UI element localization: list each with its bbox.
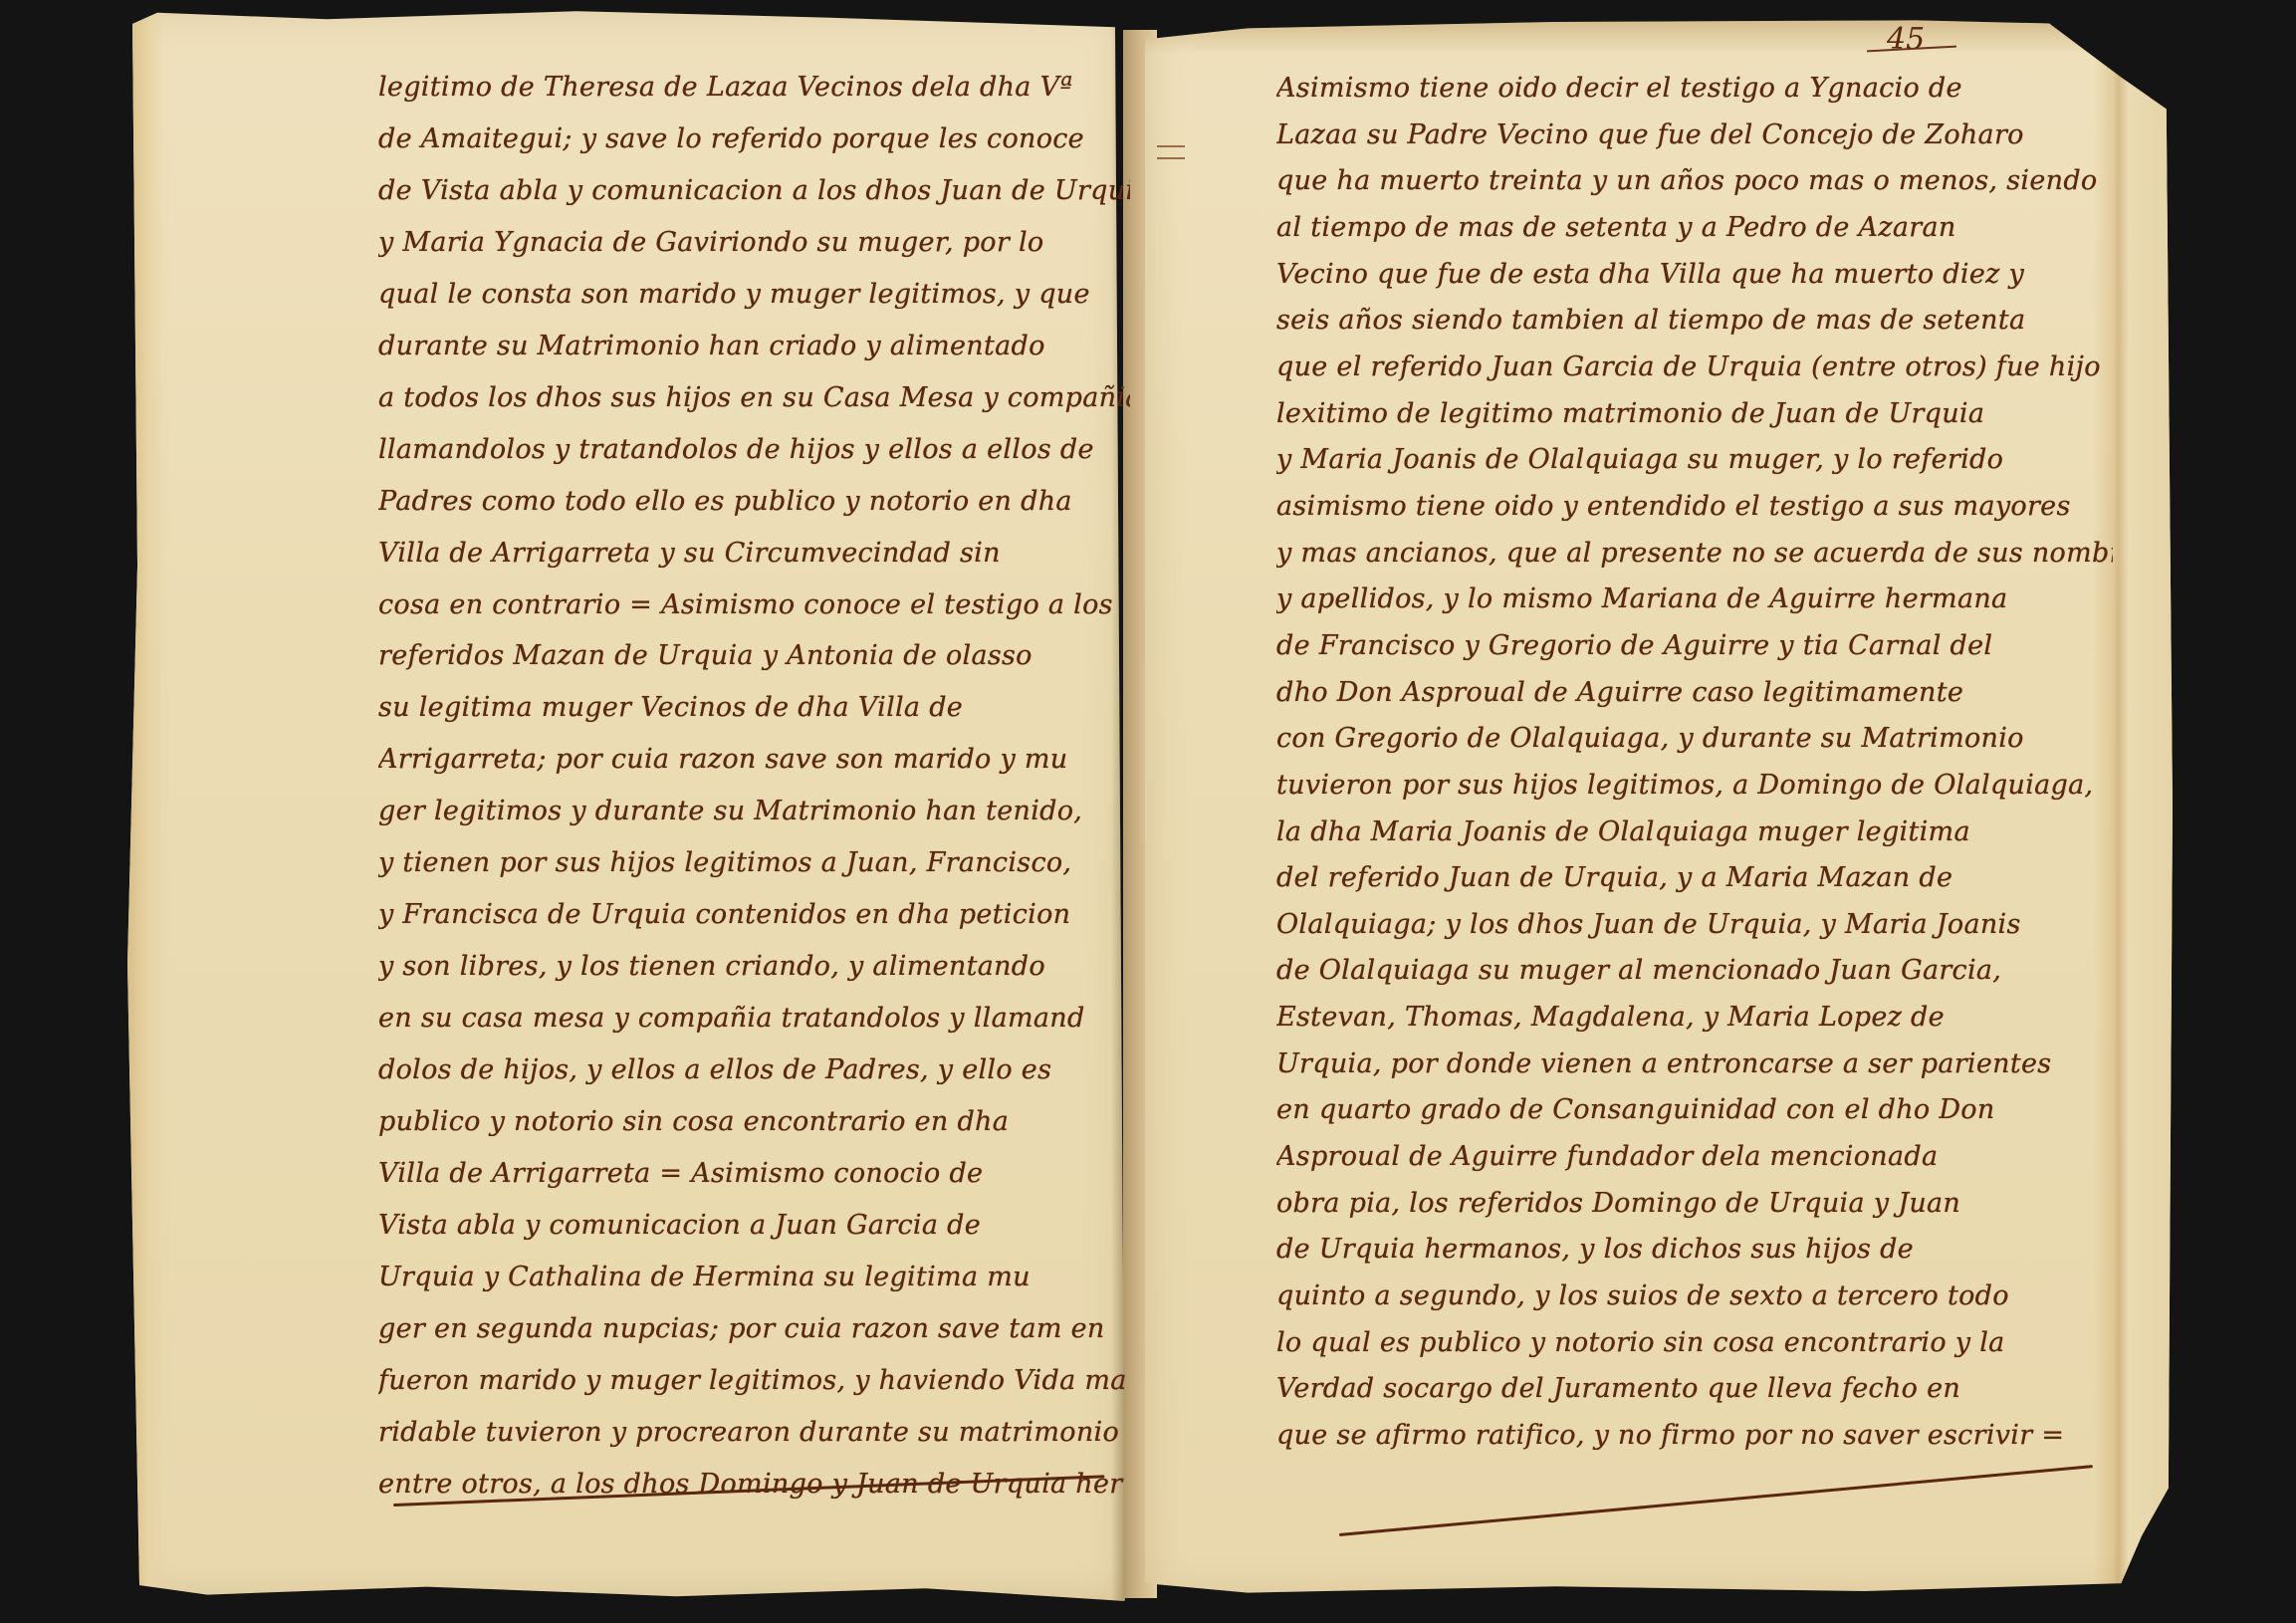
manuscript-line: su legitima muger Vecinos de dha Villa d… <box>378 682 1130 734</box>
manuscript-line: obra pia, los referidos Domingo de Urqui… <box>1276 1181 2113 1228</box>
manuscript-line: la dha Maria Joanis de Olalquiaga muger … <box>1276 810 2113 856</box>
manuscript-line: de Amaitegui; y save lo referido porque … <box>378 114 1130 165</box>
manuscript-line: quinto a segundo, y los suios de sexto a… <box>1276 1274 2113 1320</box>
margin-equals-mark <box>1157 145 1185 159</box>
manuscript-line: seis años siendo tambien al tiempo de ma… <box>1276 298 2113 345</box>
manuscript-line: Verdad socargo del Juramento que lleva f… <box>1276 1366 2113 1413</box>
manuscript-line: Padres como todo ello es publico y notor… <box>378 476 1130 528</box>
manuscript-line: de Urquia hermanos, y los dichos sus hij… <box>1276 1227 2113 1274</box>
manuscript-line: en quarto grado de Consanguinidad con el… <box>1276 1087 2113 1134</box>
book-spread: 45 legitimo de Theresa de Lazaa Vecinos … <box>0 0 2296 1623</box>
manuscript-line: y mas ancianos, que al presente no se ac… <box>1276 531 2113 578</box>
manuscript-line: ridable tuvieron y procrearon durante su… <box>378 1407 1130 1459</box>
manuscript-line: y Maria Joanis de Olalquiaga su muger, y… <box>1276 437 2113 484</box>
manuscript-line: y apellidos, y lo mismo Mariana de Aguir… <box>1276 577 2113 623</box>
right-page-text: Asimismo tiene oido decir el testigo a Y… <box>1276 66 2113 1460</box>
manuscript-line: Villa de Arrigarreta = Asimismo conocio … <box>378 1148 1130 1200</box>
manuscript-line: que el referido Juan Garcia de Urquia (e… <box>1276 345 2113 391</box>
manuscript-line: dho Don Asproual de Aguirre caso legitim… <box>1276 670 2113 717</box>
manuscript-line: en su casa mesa y compañia tratandolos y… <box>378 993 1130 1044</box>
manuscript-line: que se afirmo ratifico, y no firmo por n… <box>1276 1413 2113 1460</box>
manuscript-line: Estevan, Thomas, Magdalena, y Maria Lope… <box>1276 995 2113 1042</box>
manuscript-line: referidos Mazan de Urquia y Antonia de o… <box>378 630 1130 682</box>
manuscript-line: del referido Juan de Urquia, y a Maria M… <box>1276 855 2113 902</box>
folio-number: 45 <box>1887 22 1925 57</box>
manuscript-line: fueron marido y muger legitimos, y havie… <box>378 1355 1130 1407</box>
manuscript-line: Asimismo tiene oido decir el testigo a Y… <box>1276 66 2113 113</box>
manuscript-line: llamandolos y tratandolos de hijos y ell… <box>378 424 1130 476</box>
manuscript-line: Asproual de Aguirre fundador dela mencio… <box>1276 1134 2113 1181</box>
manuscript-line: lexitimo de legitimo matrimonio de Juan … <box>1276 391 2113 438</box>
manuscript-line: de Vista abla y comunicacion a los dhos … <box>378 165 1130 217</box>
manuscript-line: que ha muerto treinta y un años poco mas… <box>1276 158 2113 205</box>
manuscript-line: asimismo tiene oido y entendido el testi… <box>1276 484 2113 531</box>
manuscript-line: al tiempo de mas de setenta y a Pedro de… <box>1276 205 2113 252</box>
manuscript-line: a todos los dhos sus hijos en su Casa Me… <box>378 372 1130 424</box>
manuscript-line: Vista abla y comunicacion a Juan Garcia … <box>378 1200 1130 1252</box>
manuscript-line: de Olalquiaga su muger al mencionado Jua… <box>1276 948 2113 995</box>
manuscript-line: ger en segunda nupcias; por cuia razon s… <box>378 1303 1130 1355</box>
manuscript-line: ger legitimos y durante su Matrimonio ha… <box>378 786 1130 837</box>
manuscript-line: lo qual es publico y notorio sin cosa en… <box>1276 1320 2113 1367</box>
manuscript-line: Urquia, por donde vienen a entroncarse a… <box>1276 1042 2113 1088</box>
left-page-text: legitimo de Theresa de Lazaa Vecinos del… <box>378 62 1130 1510</box>
manuscript-line: dolos de hijos, y ellos a ellos de Padre… <box>378 1044 1130 1096</box>
manuscript-line: publico y notorio sin cosa encontrario e… <box>378 1096 1130 1148</box>
manuscript-line: con Gregorio de Olalquiaga, y durante su… <box>1276 716 2113 763</box>
manuscript-line: Olalquiaga; y los dhos Juan de Urquia, y… <box>1276 902 2113 949</box>
manuscript-line: Villa de Arrigarreta y su Circumvecindad… <box>378 528 1130 580</box>
manuscript-line: y Francisca de Urquia contenidos en dha … <box>378 889 1130 941</box>
manuscript-line: de Francisco y Gregorio de Aguirre y tia… <box>1276 623 2113 670</box>
manuscript-line: qual le consta son marido y muger legiti… <box>378 269 1130 321</box>
image-viewer: 45 legitimo de Theresa de Lazaa Vecinos … <box>0 0 2296 1623</box>
manuscript-line: y son libres, y los tienen criando, y al… <box>378 941 1130 993</box>
manuscript-line: Arrigarreta; por cuia razon save son mar… <box>378 734 1130 786</box>
manuscript-line: cosa en contrario = Asimismo conoce el t… <box>378 580 1130 631</box>
manuscript-line: y tienen por sus hijos legitimos a Juan,… <box>378 837 1130 889</box>
manuscript-line: tuvieron por sus hijos legitimos, a Domi… <box>1276 763 2113 810</box>
manuscript-line: Lazaa su Padre Vecino que fue del Concej… <box>1276 113 2113 159</box>
manuscript-line: durante su Matrimonio han criado y alime… <box>378 321 1130 372</box>
manuscript-line: Urquia y Cathalina de Hermina su legitim… <box>378 1252 1130 1303</box>
manuscript-line: y Maria Ygnacia de Gaviriondo su muger, … <box>378 217 1130 269</box>
manuscript-line: legitimo de Theresa de Lazaa Vecinos del… <box>378 62 1130 114</box>
manuscript-line: Vecino que fue de esta dha Villa que ha … <box>1276 252 2113 299</box>
